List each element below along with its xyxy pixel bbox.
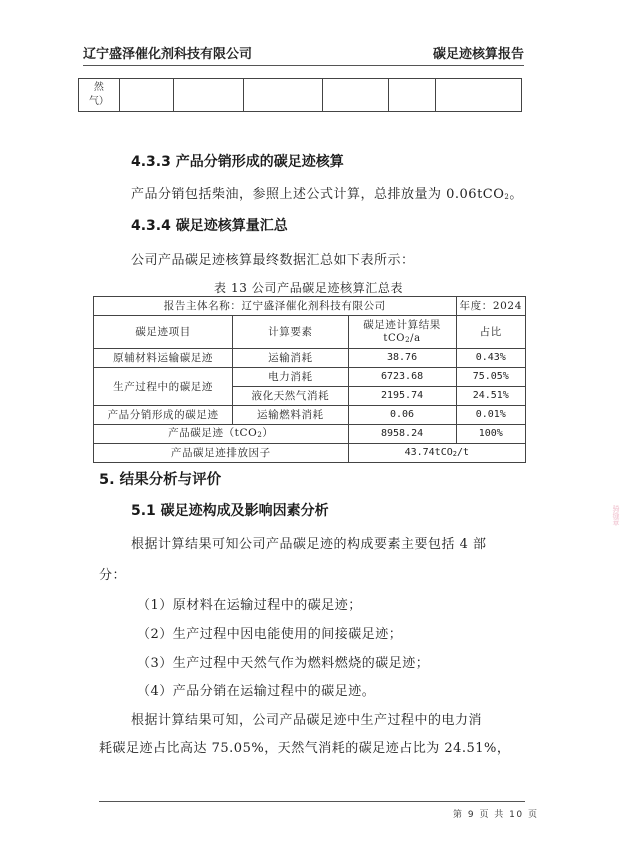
row-item: 生产过程中的碳足迹 <box>94 368 233 406</box>
text-part: 产品分销包括柴油，参照上述公式计算，总排放量为 0.06tCO <box>131 187 504 202</box>
header-element: 计算要素 <box>233 316 348 349</box>
row-share: 0.43% <box>456 349 525 368</box>
section-heading-4-3-4: 4.3.4 碳足迹核算量汇总 <box>131 215 288 235</box>
table-cell <box>436 79 522 112</box>
section-4-3-4-text: 公司产品碳足迹核算最终数据汇总如下表所示： <box>131 249 415 268</box>
row-result: 2195.74 <box>348 387 456 406</box>
row-result: 38.76 <box>348 349 456 368</box>
intro-line-1: 根据计算结果可知公司产品碳足迹的构成要素主要包括 4 部 <box>131 533 487 552</box>
table-total-row: 产品碳足迹（tCO2） 8958.24 100% <box>94 425 526 444</box>
factor-value: 43.74tCO2/t <box>348 444 525 463</box>
conclusion-line-2: 耗碳足迹占比高达 75.05%，天然气消耗的碳足迹占比为 24.51%， <box>99 737 510 756</box>
text-part: ） <box>262 427 273 439</box>
section-heading-4-3-3: 4.3.3 产品分销形成的碳足迹核算 <box>131 151 344 171</box>
seal-stamp-edge: 骑缝章 <box>609 505 621 567</box>
report-entity-cell: 报告主体名称：辽宁盛泽催化剂科技有限公司 <box>94 297 457 316</box>
total-share: 100% <box>456 425 525 444</box>
header-report-title: 碳足迹核算报告 <box>433 43 524 62</box>
row-element: 电力消耗 <box>233 368 348 387</box>
table-cell <box>322 79 388 112</box>
header-result-line1: 碳足迹计算结果 <box>349 318 456 332</box>
row-share: 0.01% <box>456 406 525 425</box>
text-part: 产品碳足迹（tCO <box>168 427 257 439</box>
header-share: 占比 <box>456 316 525 349</box>
table-row: 产品分销形成的碳足迹 运输燃料消耗 0.06 0.01% <box>94 406 526 425</box>
text-part: /a <box>410 333 421 344</box>
table-cell <box>389 79 436 112</box>
table-row: 生产过程中的碳足迹 电力消耗 6723.68 75.05% <box>94 368 526 387</box>
cell-line: 气） <box>79 95 119 109</box>
text-part: tCO <box>383 333 405 344</box>
text-part: /t <box>457 447 469 458</box>
continued-table: 然 气） <box>78 78 522 112</box>
list-item: （4）产品分销在运输过程中的碳足迹。 <box>137 680 375 699</box>
footer-divider <box>99 801 525 802</box>
list-item: （2）生产过程中因电能使用的间接碳足迹； <box>137 623 402 642</box>
table-cell <box>173 79 243 112</box>
row-element: 运输燃料消耗 <box>233 406 348 425</box>
text-part: 。 <box>509 187 523 202</box>
list-item: （3）生产过程中天然气作为燃料燃烧的碳足迹； <box>137 652 429 671</box>
header-company-name: 辽宁盛泽催化剂科技有限公司 <box>83 43 252 62</box>
table-factor-row: 产品碳足迹排放因子 43.74tCO2/t <box>94 444 526 463</box>
year-cell: 年度：2024 <box>456 297 525 316</box>
conclusion-line-1: 根据计算结果可知，公司产品碳足迹中生产过程中的电力消 <box>131 709 482 728</box>
table-cell <box>244 79 323 112</box>
page-number: 第 9 页 共 10 页 <box>453 807 538 820</box>
section-4-3-3-text: 产品分销包括柴油，参照上述公式计算，总排放量为 0.06tCO2。 <box>131 183 523 202</box>
row-element: 液化天然气消耗 <box>233 387 348 406</box>
factor-label: 产品碳足迹排放因子 <box>94 444 349 463</box>
total-label: 产品碳足迹（tCO2） <box>94 425 349 444</box>
table-header-row: 碳足迹项目 计算要素 碳足迹计算结果 tCO2/a 占比 <box>94 316 526 349</box>
table-cell: 然 气） <box>79 79 120 112</box>
row-share: 75.05% <box>456 368 525 387</box>
table-row: 报告主体名称：辽宁盛泽催化剂科技有限公司 年度：2024 <box>94 297 526 316</box>
row-result: 6723.68 <box>348 368 456 387</box>
header-result: 碳足迹计算结果 tCO2/a <box>348 316 456 349</box>
row-item: 原辅材料运输碳足迹 <box>94 349 233 368</box>
table-row: 原辅材料运输碳足迹 运输消耗 38.76 0.43% <box>94 349 526 368</box>
header-divider <box>83 65 524 66</box>
row-share: 24.51% <box>456 387 525 406</box>
row-item: 产品分销形成的碳足迹 <box>94 406 233 425</box>
summary-table: 报告主体名称：辽宁盛泽催化剂科技有限公司 年度：2024 碳足迹项目 计算要素 … <box>93 296 526 463</box>
header-item: 碳足迹项目 <box>94 316 233 349</box>
section-heading-5-1: 5.1 碳足迹构成及影响因素分析 <box>131 500 329 520</box>
intro-line-2: 分： <box>99 564 126 583</box>
cell-line: 然 <box>79 81 119 95</box>
section-heading-5: 5. 结果分析与评价 <box>99 468 221 489</box>
text-part: 43.74tCO <box>405 447 453 458</box>
table-row: 然 气） <box>79 79 522 112</box>
row-element: 运输消耗 <box>233 349 348 368</box>
header-result-line2: tCO2/a <box>349 332 456 347</box>
list-item: （1）原材料在运输过程中的碳足迹； <box>137 594 362 613</box>
table-cell <box>119 79 173 112</box>
table-caption: 表 13 公司产品碳足迹核算汇总表 <box>214 279 403 296</box>
total-result: 8958.24 <box>348 425 456 444</box>
row-result: 0.06 <box>348 406 456 425</box>
